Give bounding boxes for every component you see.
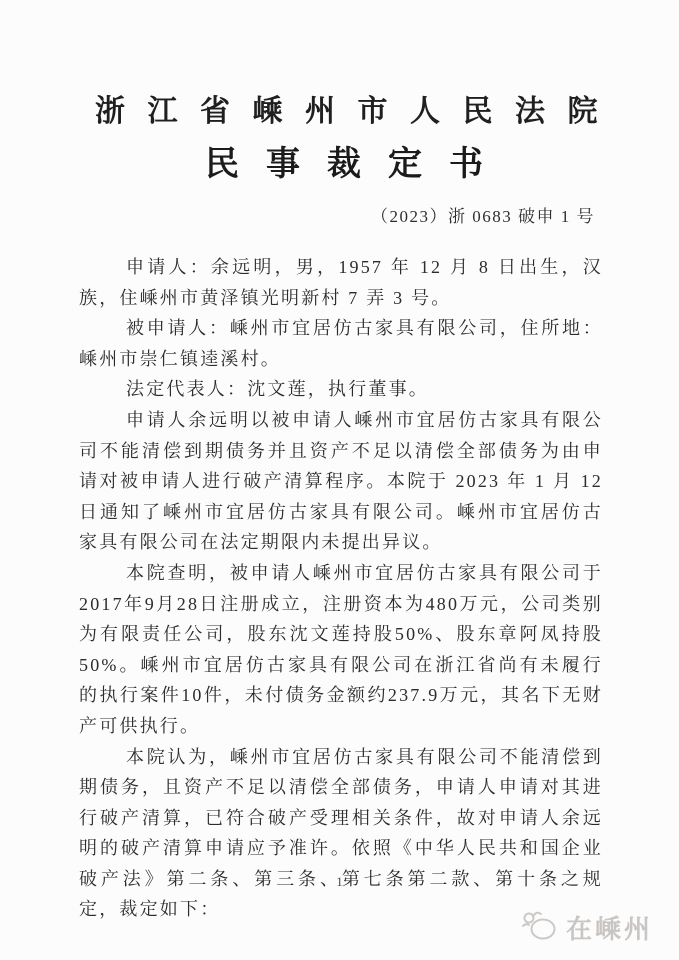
scanned-court-document-page: 浙江省嵊州市人民法院 民事裁定书 （2023）浙 0683 破申 1 号 申请人… <box>0 0 679 960</box>
paragraph-respondent: 被申请人：嵊州市宜居仿古家具有限公司，住所地：嵊州市崇仁镇逵溪村。 <box>79 313 603 374</box>
page-number: 1 <box>0 874 679 890</box>
document-body: 申请人：余远明，男，1957 年 12 月 8 日出生，汉族，住嵊州市黄泽镇光明… <box>79 252 603 925</box>
paragraph-applicant: 申请人：余远明，男，1957 年 12 月 8 日出生，汉族，住嵊州市黄泽镇光明… <box>79 252 603 313</box>
paragraph-legal-representative: 法定代表人：沈文莲，执行董事。 <box>79 374 603 405</box>
watermark-logo-icon <box>519 908 559 947</box>
court-name-heading: 浙江省嵊州市人民法院 <box>95 86 620 130</box>
paragraph-court-findings: 本院查明，被申请人嵊州市宜居仿古家具有限公司于2017年9月28日注册成立，注册… <box>79 558 603 742</box>
watermark-label: 在嵊州 <box>566 909 653 946</box>
watermark: 在嵊州 <box>519 908 653 947</box>
paragraph-application-summary: 申请人余远明以被申请人嵊州市宜居仿古家具有限公司不能清偿到期债务并且资产不足以清… <box>79 405 603 558</box>
paragraph-court-opinion: 本院认为，嵊州市宜居仿古家具有限公司不能清偿到期债务，且资产不足以清偿全部债务，… <box>79 742 603 926</box>
case-number: （2023）浙 0683 破申 1 号 <box>371 202 595 227</box>
document-type-heading: 民事裁定书 <box>205 136 510 185</box>
